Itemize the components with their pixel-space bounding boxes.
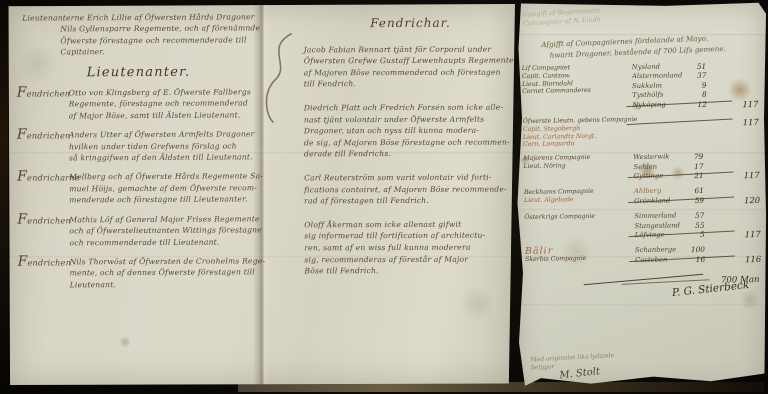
count-value: 59 [680, 196, 704, 206]
officer-line: Skerbis Compagnie [525, 255, 623, 265]
entry-line: menderade och förestagne till Lieutenant… [69, 194, 255, 206]
subtotal-value: 117 [744, 170, 760, 180]
subtotal-value: 117 [742, 99, 758, 109]
entry-line: hvilken under tiden Grefwens förslag och [69, 140, 255, 152]
company-subtotal: 117 [702, 168, 760, 179]
entry-label: Fendrichen [17, 214, 71, 227]
entry-label: Fendrichen [17, 87, 71, 100]
count-value: 61 [680, 186, 704, 196]
officer-column: Beckhams CompagnieLieut. Algebade [524, 188, 622, 209]
company-blocks: Lif CompagnietCapit. CantzowLieut. Biorn… [522, 61, 761, 267]
officer-column: Öfwerste Lieutn. gebens CompagnieCapit. … [523, 116, 638, 149]
entry-line: och af Öfwerstelieutnanten Wittings före… [69, 224, 255, 236]
intro-line: Capitainer. [60, 46, 254, 58]
entry-line: Lieutenant. [70, 278, 256, 290]
company-block: Beckhams CompagnieLieut. AlgebadeAhlberg… [524, 185, 760, 208]
count-value: 55 [680, 221, 704, 231]
entry-line: muel Höijs, gemachte af dem Öfwerste rec… [69, 182, 255, 194]
place-rows: Schanberge100Casteben16 [623, 245, 705, 265]
middle-paragraph: Oloff Åkerman som icke allenast gifwitsi… [304, 218, 516, 277]
paragraph-line: Dragoner, utan och nyss till kunna moder… [304, 125, 516, 137]
entry-label: Fendricharne [17, 172, 80, 185]
intro-line: Nils Gyllensparre Regemente, och af före… [60, 23, 254, 35]
entry-line: Regemente, förestagne och recommenderad [69, 98, 255, 110]
left-intro: Lieutenanterne Erich Lillie af Öfwersten… [22, 11, 254, 58]
entry-label: Fendrichen [18, 256, 72, 269]
entry-body: Nils Thorwöst af Öfwersten de Cronhelms … [70, 255, 256, 290]
paragraph-line: Carl Reuterström som varit volontair vid… [304, 172, 516, 184]
paragraph-line: sig, recommenderas af förestår af Major [304, 253, 516, 265]
paragraph-line: Öfwersten Grefwe Gustaff Lewenhaupts Reg… [304, 55, 516, 67]
background-left-edge [0, 0, 8, 394]
company-subtotal: 117 [700, 97, 758, 108]
officer-column: Majorens CompagnieLieut. Nöring [523, 154, 621, 184]
attestation: Med originalet lika lydande betygar M. S… [530, 352, 615, 380]
paragraph-line: af Majoren Böse recommenderad och förest… [304, 66, 516, 78]
entry-line: af Major Böse, samt till Älsten Lieutena… [69, 109, 255, 121]
company-subtotal: 120 [702, 193, 760, 204]
subtotal-value: 120 [744, 195, 760, 205]
paragraph-line: ren, samt af en wiss full kunna moderera [304, 242, 516, 254]
count-value: 37 [682, 71, 706, 81]
entry-line: mente, och af dennes Öfwerste förestagen… [70, 267, 256, 279]
bleedthrough-text: Uppgift af Regementets Compagnier af N. … [522, 6, 601, 28]
left-entry: FendrichenNils Thorwöst af Öfwersten de … [24, 255, 256, 290]
subtotal-value: 116 [745, 254, 761, 264]
left-entry: FendrichenOtto von Klingsberg af E. Öfwe… [23, 86, 255, 121]
middle-page-text: Fendrichar. Jacob Fabian Rennart tjänt f… [286, 16, 517, 289]
officer-column: Lif CompagnietCapit. CantzowLieut. Biorn… [522, 63, 621, 112]
paragraph-line: till Fendrich. [304, 78, 516, 90]
entry-line: Nils Thorwöst af Öfwersten de Cronhelms … [70, 255, 256, 267]
paragraph-line: derade till Fendrichs. [304, 148, 516, 160]
count-value: 9 [682, 81, 706, 91]
subtotal-value: 117 [743, 117, 759, 127]
count-value: 17 [679, 162, 703, 172]
middle-paragraph: Diedrich Platt och Fredrich Forsén som i… [304, 102, 516, 161]
middle-paragraph: Jacob Fabian Rennart tjänt för Corporal … [304, 43, 516, 90]
paragraph-line: fications contoiret, af Majoren Böse rec… [304, 183, 516, 195]
paragraph-line: Diedrich Platt och Fredrich Forsén som i… [304, 102, 516, 114]
paragraph-line: Böse till Fendrich. [304, 265, 516, 277]
left-page-heading: Lieutenanter. [23, 66, 255, 79]
officer-column: BälirSkerbis Compagnie [525, 247, 623, 268]
officer-line: Cornet Commanderes [522, 87, 620, 97]
paragraph-line: nast tjänt volontair under Öfwerste Armf… [304, 113, 516, 125]
entry-line: så kringgifwen af den Äldsten till Lieut… [69, 151, 255, 163]
entry-line: Mathis Löf af General Major Frises Regem… [69, 213, 255, 225]
middle-paragraph: Carl Reuterström som varit volontair vid… [304, 172, 516, 208]
paragraph-line: Jacob Fabian Rennart tjänt för Corporal … [304, 43, 516, 55]
photographed-manuscript-scene: Lieutenanterne Erich Lillie af Öfwersten… [0, 0, 768, 394]
intro-line: Öfwerste förestagne och recommenderade t… [60, 34, 254, 46]
paragraph-line: de sig, af Majoren Böse förestagne och r… [304, 136, 516, 148]
left-entry: FendrichenAnders Utter af Öfwersten Armf… [23, 129, 255, 164]
left-entry: FendricharneMellberg och af Öfwerste Hår… [23, 171, 255, 206]
count-value: 57 [680, 211, 704, 221]
company-block: Österkrigs CompagnieSimmerland57Stangest… [524, 210, 760, 242]
entry-line: Anders Utter af Öfwersten Armfelts Drago… [69, 129, 255, 141]
middle-paragraphs: Jacob Fabian Rennart tjänt för Corporal … [286, 43, 517, 277]
roster-heading: Afgifft af Compagniernes fördelande at M… [541, 32, 764, 62]
officer-line: Lieut. Algebade [524, 196, 622, 206]
company-block: BälirSkerbis CompagnieSchanberge100Caste… [525, 244, 761, 267]
company-block: Majorens CompagnieLieut. NöringWesterwik… [523, 151, 759, 183]
officer-line: Österkrigs Compagnie [524, 213, 622, 223]
left-entries: FendrichenOtto von Klingsberg af E. Öfwe… [23, 86, 256, 290]
entry-body: Otto von Klingsberg af E. Öfwerste Fallb… [69, 86, 255, 121]
place-rows: Ahlberg61Grönkland59 [622, 186, 704, 206]
ink-flourish [261, 30, 295, 126]
entry-line: Otto von Klingsberg af E. Öfwerste Fallb… [69, 86, 255, 98]
paragraph-line: sig informerad till fortification af arc… [304, 230, 516, 242]
entry-body: Anders Utter af Öfwersten Armfelts Drago… [69, 129, 255, 164]
middle-page-heading: Fendrichar. [306, 18, 516, 30]
company-subtotal: 117 [703, 227, 761, 238]
count-value: 100 [681, 245, 705, 255]
officer-column: Österkrigs Compagnie [524, 213, 622, 243]
officer-line: Corn. Lompardo [523, 139, 638, 149]
paragraph-line: Oloff Åkerman som icke allenast gifwit [304, 218, 516, 230]
entry-line: och recommenderade till Lieutenant. [69, 236, 255, 248]
entry-body: Mellberg och af Öfwerste Hårds Regemente… [69, 171, 255, 206]
subtotal-value: 117 [745, 229, 761, 239]
roster-sheet: Uppgift af Regementets Compagnier af N. … [516, 2, 766, 389]
company-block: Öfwerste Lieutn. gebens CompagnieCapit. … [523, 114, 760, 149]
entry-label: Fendrichen [17, 130, 71, 143]
entry-body: Mathis Löf af General Major Frises Regem… [69, 213, 255, 248]
count-value: 79 [679, 152, 703, 162]
company-subtotal: 116 [703, 252, 761, 263]
company-subtotal: 117 [701, 115, 759, 126]
entry-line: Mellberg och af Öfwerste Hårds Regemente… [69, 171, 255, 183]
paragraph-line: rad af förestagen till Fendrich. [304, 195, 516, 207]
roster-content: Uppgift af Regementets Compagnier af N. … [513, 0, 768, 391]
left-page-text: Lieutenanterne Erich Lillie af Öfwersten… [22, 11, 255, 298]
signature-attest: M. Stolt [559, 367, 615, 381]
officer-line: Lieut. Nöring [523, 161, 621, 171]
left-entry: FendrichenMathis Löf af General Major Fr… [23, 213, 255, 248]
company-block: Lif CompagnietCapit. CantzowLieut. Biorn… [522, 61, 759, 112]
bifolium-sheet: Lieutenanterne Erich Lillie af Öfwersten… [7, 4, 517, 385]
count-value: 51 [682, 62, 706, 72]
